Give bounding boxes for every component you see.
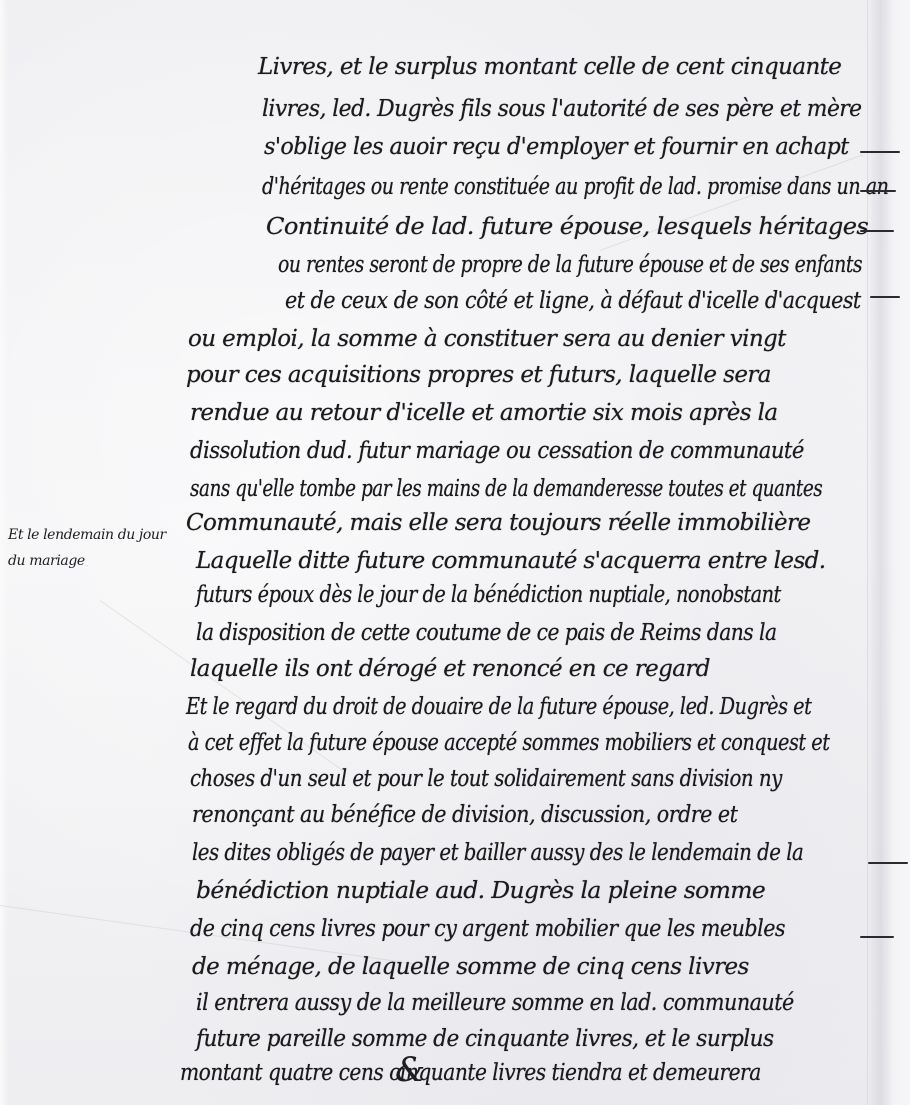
line-filler-dash xyxy=(860,936,894,938)
manuscript-line-28: montant quatre cens cinquante livres tie… xyxy=(0,1050,910,1096)
line-filler-dash xyxy=(860,151,900,153)
line-text: montant quatre cens cinquante livres tie… xyxy=(180,1050,761,1096)
line-filler-dash xyxy=(860,230,894,232)
page-mark: & xyxy=(395,1050,425,1090)
margin-note-line-2: du mariage xyxy=(8,548,168,574)
line-filler-dash xyxy=(868,862,908,864)
margin-note-line-1: Et le lendemain du jour xyxy=(8,522,168,548)
manuscript-line-1: Livres, et le surplus montant celle de c… xyxy=(0,44,910,90)
manuscript-page: Livres, et le surplus montant celle de c… xyxy=(0,0,910,1105)
line-filler-dash xyxy=(870,296,900,298)
line-text: Livres, et le surplus montant celle de c… xyxy=(258,44,841,90)
margin-note: Et le lendemain du jour du mariage xyxy=(8,522,168,574)
line-filler-dash xyxy=(860,190,896,192)
